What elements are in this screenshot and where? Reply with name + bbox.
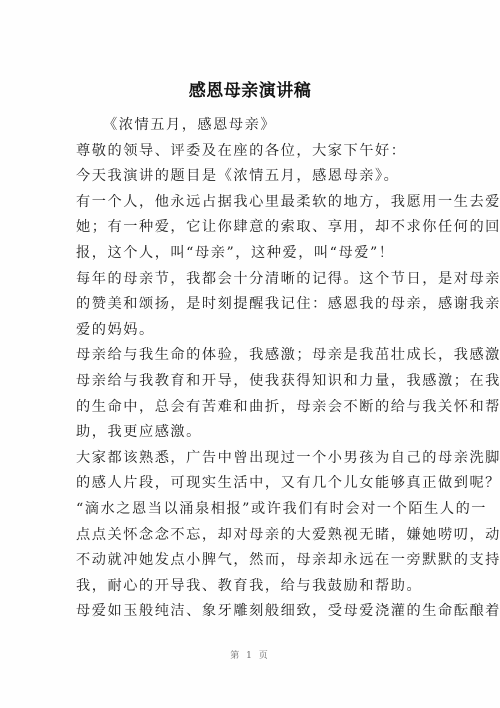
document-title: 感恩母亲演讲稿 xyxy=(0,76,500,101)
page-number: 第 1 页 xyxy=(0,648,500,661)
text-line: 有一个人，他永远占据我心里最柔软的地方，我愿用一生去爱 xyxy=(76,190,421,216)
text-line: 报，这个人，叫“母亲”，这种爱，叫“母爱”！ xyxy=(76,241,421,267)
text-line: 母亲给与我教育和开导，使我获得知识和力量，我感激；在我 xyxy=(76,369,421,395)
text-line: 母爱如玉般纯洁、象牙雕刻般细致，受母爱浇灌的生命酝酿着 xyxy=(76,599,421,625)
document-body: 《浓情五月，感恩母亲》 尊敬的领导、评委及在座的各位，大家下午好： 今天我演讲的… xyxy=(76,113,421,625)
text-line: 助，我更应感激。 xyxy=(76,420,421,446)
text-line: 大家都该熟悉，广告中曾出现过一个小男孩为自己的母亲洗脚 xyxy=(76,446,421,472)
text-line: 我，耐心的开导我、教育我，给与我鼓励和帮助。 xyxy=(76,574,421,600)
text-line: 点点关怀念念不忘，却对母亲的大爱熟视无睹，嫌她唠叨，动 xyxy=(76,523,421,549)
text-line: 不动就冲她发点小脾气，然而，母亲却永远在一旁默默的支持 xyxy=(76,548,421,574)
text-line: “滴水之恩当以涌泉相报”或许我们有时会对一个陌生人的一 xyxy=(76,497,421,523)
text-line: 爱的妈妈。 xyxy=(76,318,421,344)
text-line: 的感人片段，可现实生活中，又有几个儿女能够真正做到呢？ xyxy=(76,471,421,497)
document-page: 感恩母亲演讲稿 《浓情五月，感恩母亲》 尊敬的领导、评委及在座的各位，大家下午好… xyxy=(0,0,500,708)
text-line: 尊敬的领导、评委及在座的各位，大家下午好： xyxy=(76,139,421,165)
text-line: 母亲给与我生命的体验，我感激；母亲是我茁壮成长，我感激； xyxy=(76,343,421,369)
text-line: 的生命中，总会有苦难和曲折，母亲会不断的给与我关怀和帮 xyxy=(76,395,421,421)
subtitle-line: 《浓情五月，感恩母亲》 xyxy=(76,113,421,139)
text-line: 每年的母亲节，我都会十分清晰的记得。这个节日，是对母亲 xyxy=(76,267,421,293)
text-line: 的赞美和颂扬，是时刻提醒我记住：感恩我的母亲，感谢我亲 xyxy=(76,292,421,318)
text-line: 今天我演讲的题目是《浓情五月，感恩母亲》。 xyxy=(76,164,421,190)
text-line: 她；有一种爱，它让你肆意的索取、享用，却不求你任何的回 xyxy=(76,215,421,241)
